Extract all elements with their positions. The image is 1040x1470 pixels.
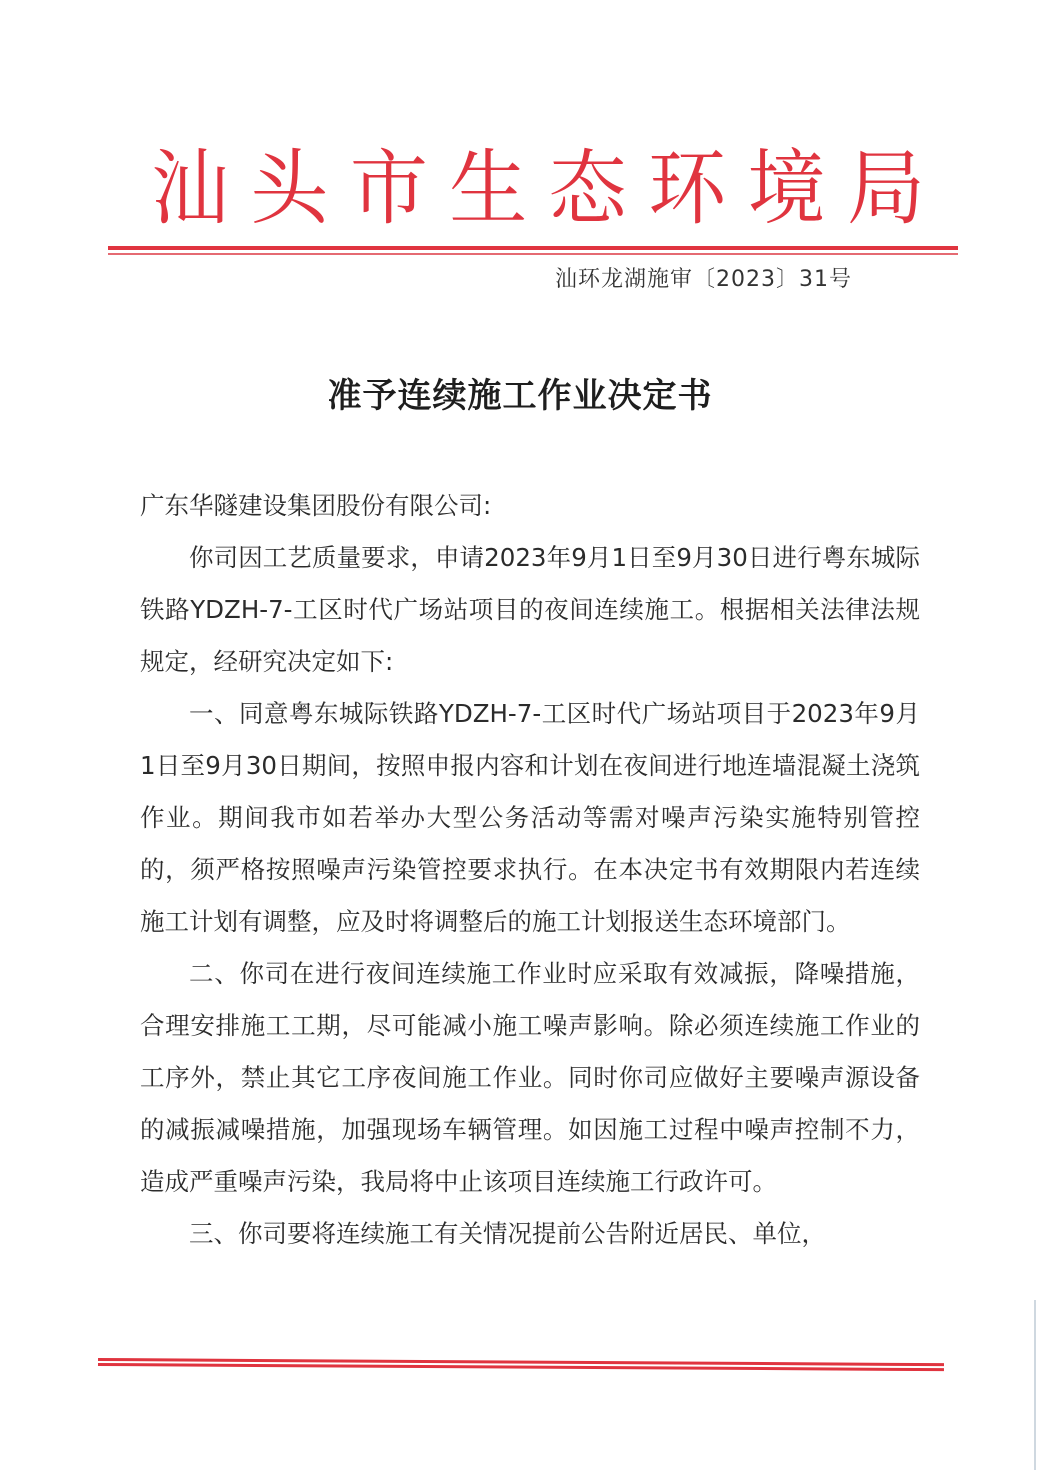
document-number: 汕环龙湖施审〔2023〕31号 (555, 262, 852, 293)
masthead-char: 境 (745, 123, 829, 241)
paragraph-item-1: 一、同意粤东城际铁路YDZH-7-工区时代广场站项目于2023年9月1日至9月3… (140, 688, 920, 948)
document-body: 广东华隧建设集团股份有限公司: 你司因工艺质量要求，申请2023年9月1日至9月… (140, 480, 920, 1260)
document-title: 准予连续施工作业决定书 (0, 368, 1040, 417)
addressee: 广东华隧建设集团股份有限公司: (140, 480, 920, 532)
paragraph-intro: 你司因工艺质量要求，申请2023年9月1日至9月30日进行粤东城际铁路YDZH-… (140, 532, 920, 688)
footer-red-rule (98, 1358, 944, 1373)
masthead-char: 局 (844, 123, 928, 241)
masthead-char: 生 (446, 123, 530, 241)
paragraph-item-2: 二、你司在进行夜间连续施工作业时应采取有效减振，降噪措施，合理安排施工工期，尽可… (140, 948, 920, 1208)
header-red-rule (108, 246, 958, 256)
rule-thin-line (108, 253, 958, 255)
masthead-char: 环 (645, 123, 729, 241)
agency-masthead: 汕 头 市 生 态 环 境 局 (148, 132, 928, 232)
masthead-char: 头 (247, 123, 331, 241)
paragraph-item-3: 三、你司要将连续施工有关情况提前公告附近居民、单位， (140, 1208, 920, 1260)
masthead-char: 市 (347, 123, 431, 241)
rule-thick-line (108, 246, 958, 250)
masthead-char: 态 (546, 123, 630, 241)
masthead-char: 汕 (148, 123, 232, 241)
page-edge-mark (1034, 1300, 1036, 1470)
